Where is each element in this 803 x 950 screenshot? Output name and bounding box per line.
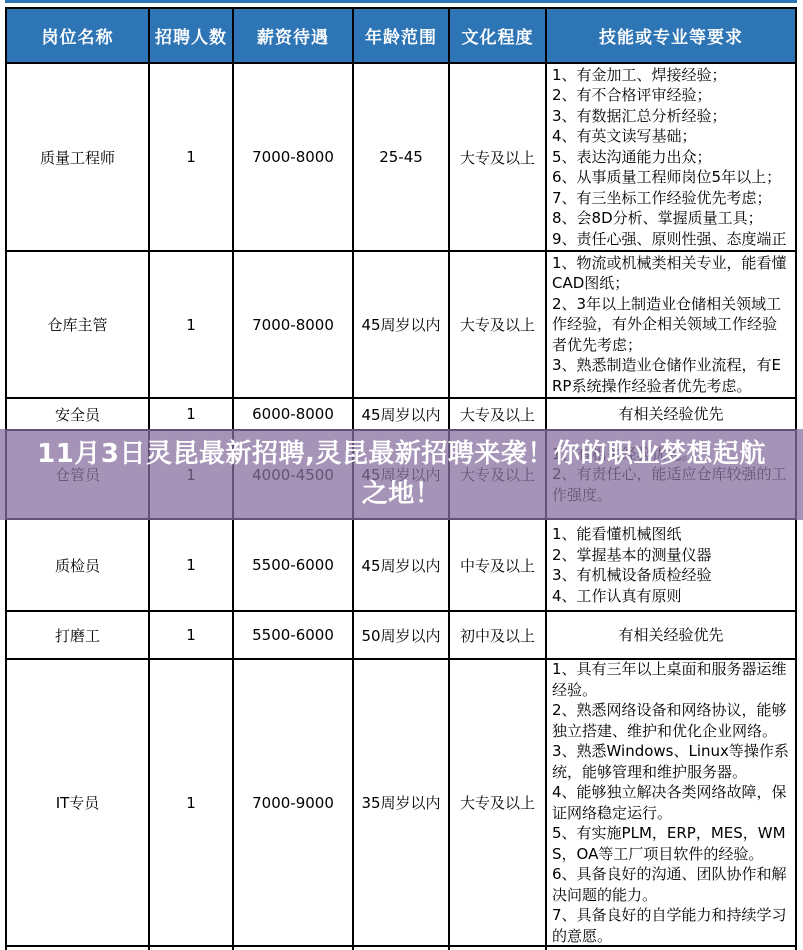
cell-requirements: 有相关经验优先	[547, 399, 797, 431]
cell-education: 大专及以上	[450, 252, 547, 399]
cell-age: 45周岁以内	[354, 399, 450, 431]
cell-age: 50周岁以内	[354, 612, 450, 660]
banner-title: 11月3日灵昆最新招聘,灵昆最新招聘来袭！你的职业梦想起航 之地！	[0, 429, 803, 520]
cell-count: 1	[150, 252, 234, 399]
table-row-polisher: 打磨工 1 5500-6000 50周岁以内 初中及以上 有相关经验优先	[7, 612, 797, 660]
cell-age: 45周岁以内	[354, 252, 450, 399]
cell-education: 初中及以上	[450, 612, 547, 660]
cell-position: 仓库主管	[7, 252, 150, 399]
cell-salary: 7000-8000	[234, 64, 354, 252]
cell-education: 大专及以上	[450, 399, 547, 431]
cell-count: 1	[150, 64, 234, 252]
cell-education: 大专及以上	[450, 64, 547, 252]
column-header-education: 文化程度	[450, 9, 547, 64]
cell-salary: 6000-8000	[234, 399, 354, 431]
column-header-salary: 薪资待遇	[234, 9, 354, 64]
cell-requirements: 1、具有三年以上桌面和服务器运维经验。 2、熟悉网络设备和网络协议，能够独立搭建…	[547, 660, 797, 947]
column-header-position: 岗位名称	[7, 9, 150, 64]
column-header-count: 招聘人数	[150, 9, 234, 64]
cell-count: 1	[150, 399, 234, 431]
cell-position: 安全员	[7, 399, 150, 431]
cell-position: 打磨工	[7, 612, 150, 660]
cell-education: 大专及以上	[450, 660, 547, 947]
cell-age: 25-45	[354, 64, 450, 252]
cell-position: 质量工程师	[7, 64, 150, 252]
cell-requirements: 有相关经验优先	[547, 612, 797, 660]
cell-education: 中专及以上	[450, 520, 547, 612]
cell-position: IT专员	[7, 660, 150, 947]
cell-requirements: 1、有金加工、焊接经验； 2、有不合格评审经验； 3、有数据汇总分析经验； 4、…	[547, 64, 797, 252]
column-header-age: 年龄范围	[354, 9, 450, 64]
cell-count: 1	[150, 612, 234, 660]
cell-salary: 5500-6000	[234, 612, 354, 660]
cell-salary: 7000-9000	[234, 660, 354, 947]
cell-requirements: 1、物流或机械类相关专业，能看懂CAD图纸； 2、3年以上制造业仓储相关领域工作…	[547, 252, 797, 399]
table-row-warehouse-supervisor: 仓库主管 1 7000-8000 45周岁以内 大专及以上 1、物流或机械类相关…	[7, 252, 797, 399]
cell-position: 质检员	[7, 520, 150, 612]
cell-salary: 7000-8000	[234, 252, 354, 399]
column-header-requirements: 技能或专业等要求	[547, 9, 797, 64]
table-row-it-specialist: IT专员 1 7000-9000 35周岁以内 大专及以上 1、具有三年以上桌面…	[7, 660, 797, 947]
banner-title-line2: 之地！	[0, 480, 803, 509]
cell-age: 45周岁以内	[354, 520, 450, 612]
cell-age: 35周岁以内	[354, 660, 450, 947]
table-top-edge	[5, 0, 797, 3]
cell-requirements: 1、能看懂机械图纸 2、掌握基本的测量仪器 3、有机械设备质检经验 4、工作认真…	[547, 520, 797, 612]
table-row-quality-engineer: 质量工程师 1 7000-8000 25-45 大专及以上 1、有金加工、焊接经…	[7, 64, 797, 252]
cell-salary: 5500-6000	[234, 520, 354, 612]
cell-count: 1	[150, 520, 234, 612]
cell-count: 1	[150, 660, 234, 947]
table-row-safety-officer: 安全员 1 6000-8000 45周岁以内 大专及以上 有相关经验优先	[7, 399, 797, 431]
table-row-quality-inspector: 质检员 1 5500-6000 45周岁以内 中专及以上 1、能看懂机械图纸 2…	[7, 520, 797, 612]
table-header-row: 岗位名称 招聘人数 薪资待遇 年龄范围 文化程度 技能或专业等要求	[7, 9, 797, 64]
banner-title-line1: 11月3日灵昆最新招聘,灵昆最新招聘来袭！你的职业梦想起航	[0, 440, 803, 469]
